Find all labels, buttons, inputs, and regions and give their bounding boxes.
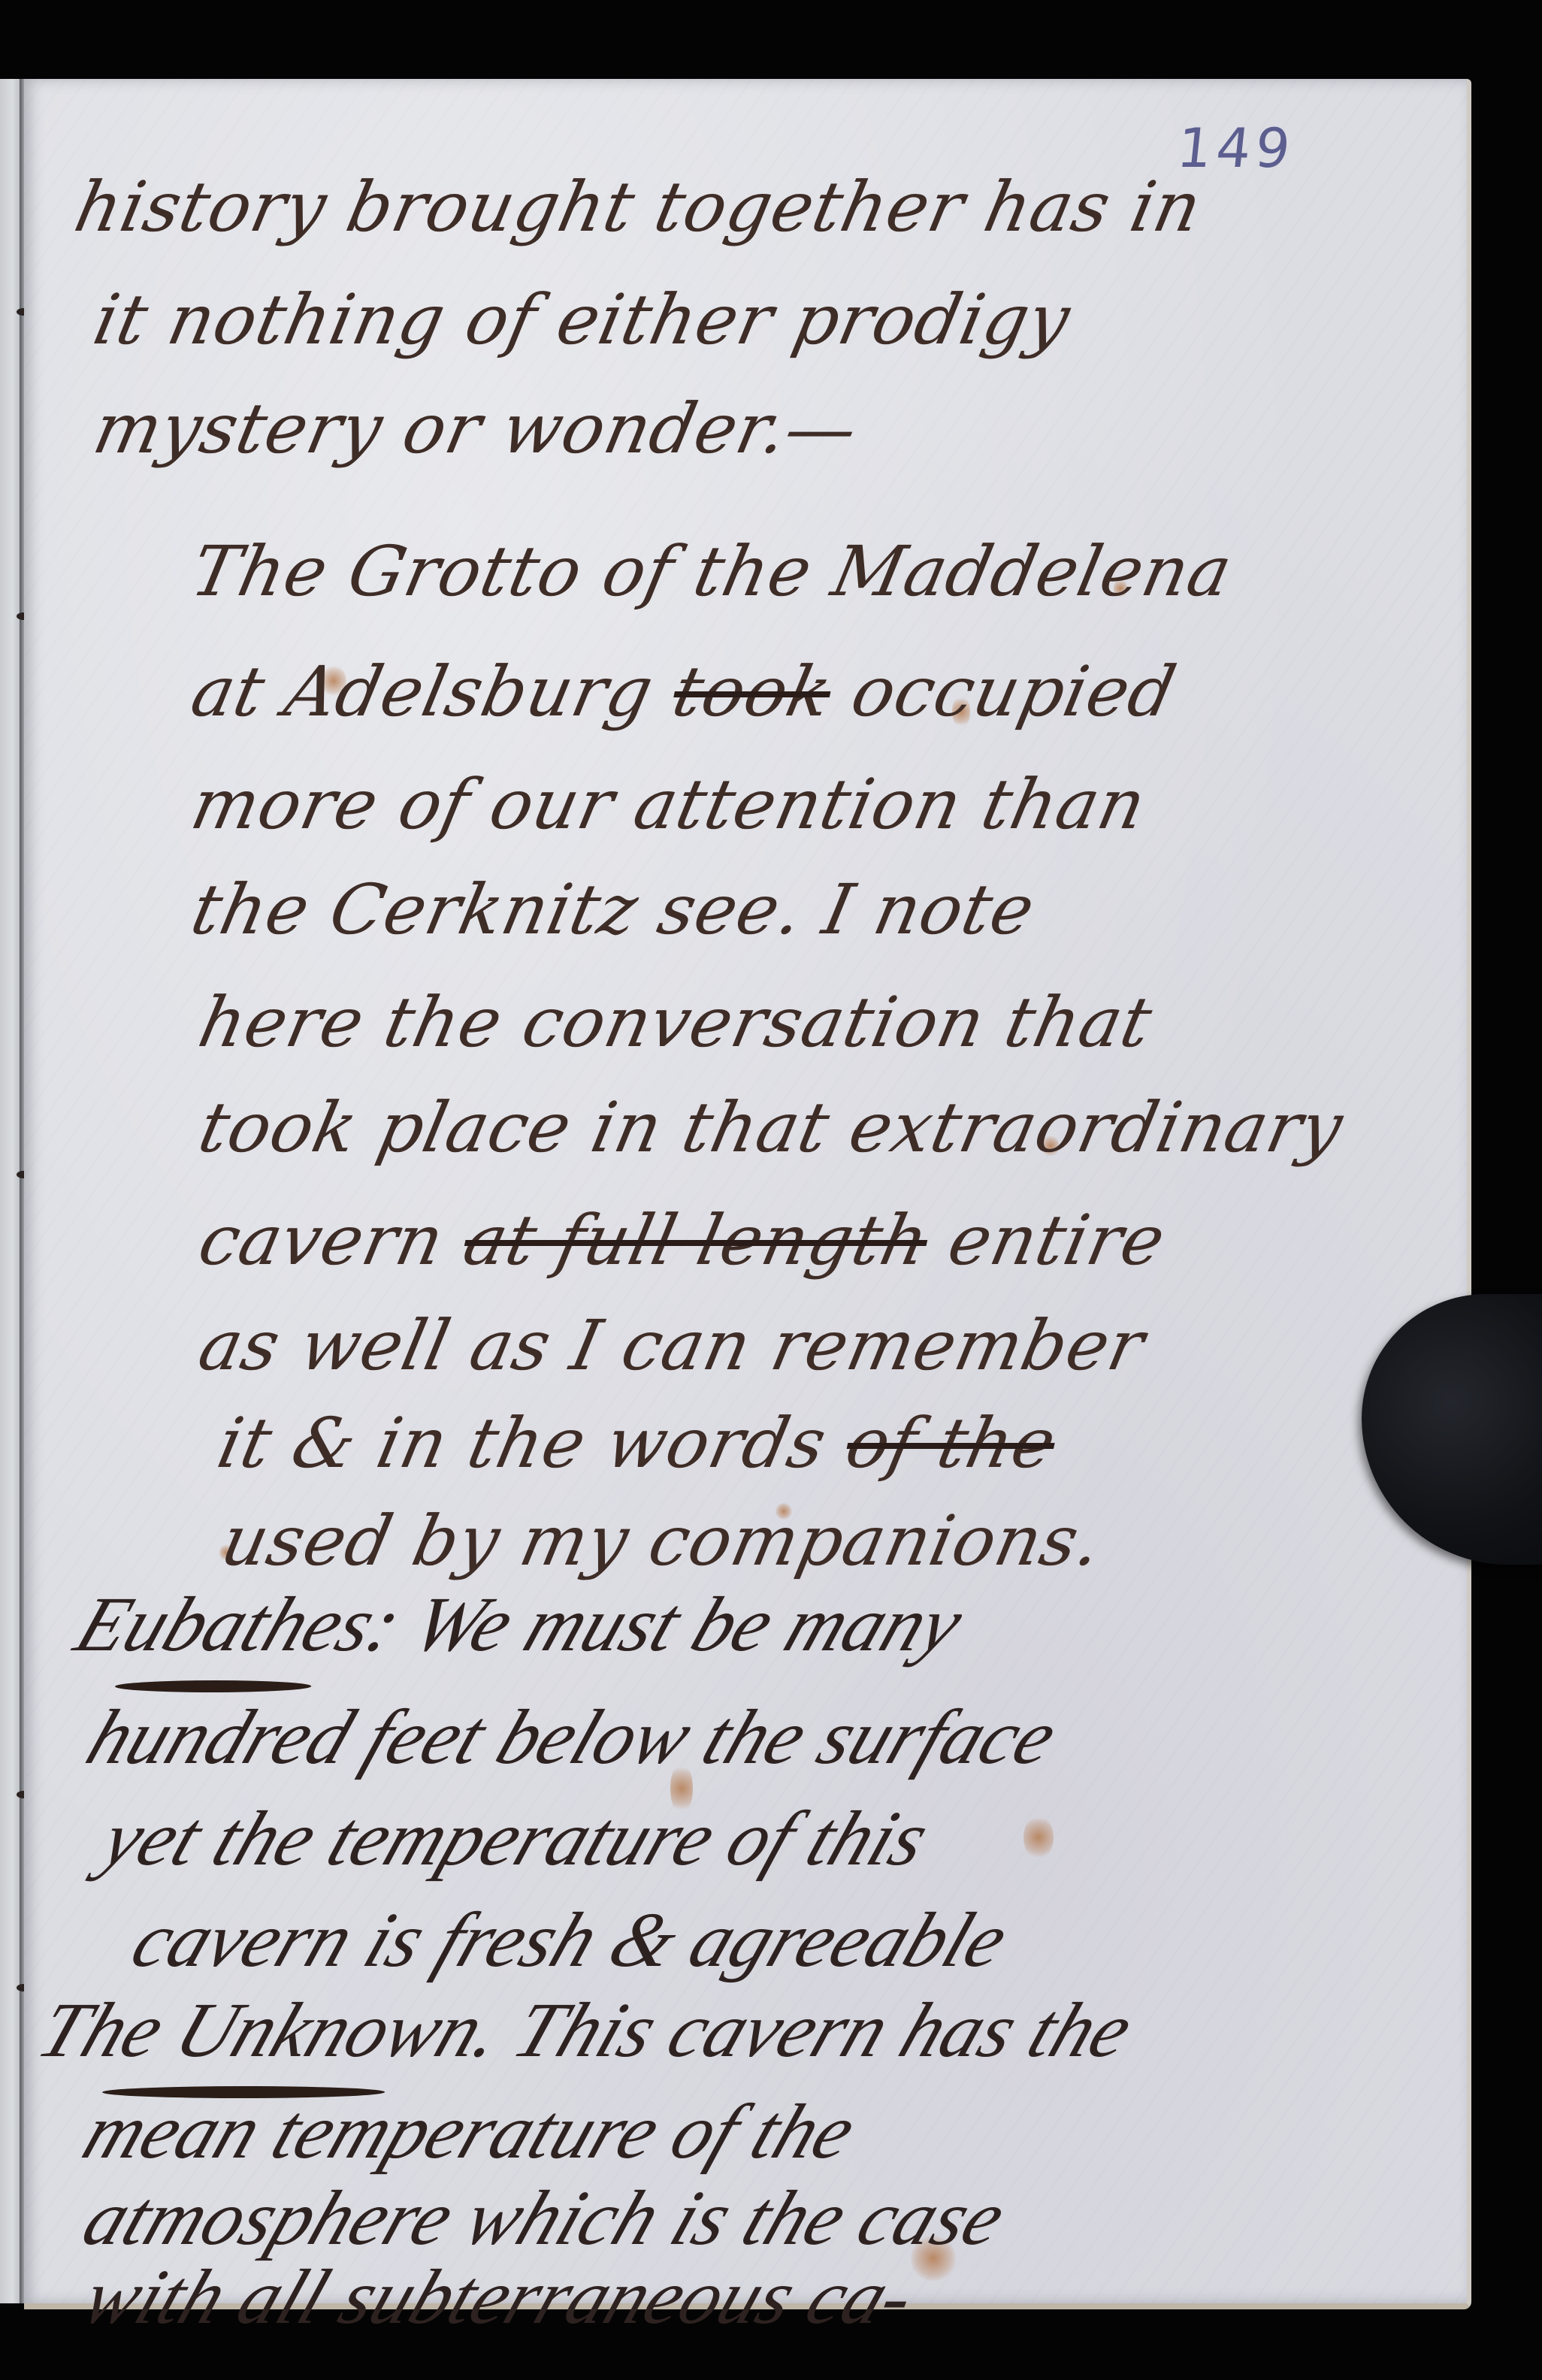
text-line: history brought together has in — [69, 173, 1208, 242]
text-line: The Grotto of the Maddelena — [186, 537, 1238, 606]
text-line: the Cerknitz see. I note — [186, 875, 1041, 945]
text-line: took place in that extraordinary — [193, 1093, 1349, 1163]
text-line: more of our attention than — [186, 770, 1151, 839]
struck-phrase: at full length — [457, 1200, 936, 1281]
text-line: here the conversation that — [193, 988, 1158, 1057]
speaker-label-the-unknown: The Unknown. — [29, 1991, 512, 2070]
dialogue-line: The Unknown. This cavern has the — [29, 1991, 1142, 2070]
text-line: it & in the words of the — [212, 1409, 1062, 1478]
dialogue-line: Eubathes: We must be many — [66, 1586, 973, 1664]
speaker-label-eubathes: Eubathes: — [66, 1586, 412, 1664]
manuscript-page: 149 history brought together has in it n… — [24, 79, 1471, 2309]
text-line: hundred feet below the surface — [77, 1698, 1066, 1777]
text-line: as well as I can remember — [193, 1311, 1150, 1381]
text-line: mystery or wonder.— — [88, 395, 863, 464]
text-line: cavern at full length entire — [193, 1206, 1171, 1275]
text-line: yet the temperature of this — [92, 1800, 939, 1878]
text-line: used by my companions. — [216, 1507, 1108, 1576]
manuscript-text: history brought together has in it nothi… — [24, 79, 1467, 2303]
text-line: atmosphere which is the case — [74, 2179, 1015, 2258]
struck-word: of the — [839, 1403, 1063, 1483]
text-line: it nothing of either prodigy — [88, 286, 1076, 355]
text-line: at Adelsburg took occupied — [186, 658, 1181, 727]
struck-word: took — [666, 652, 839, 732]
text-line: mean temperature of the — [74, 2093, 866, 2171]
facing-page-edge — [0, 79, 21, 2303]
text-line: cavern is fresh & agreeable — [122, 1901, 1017, 1979]
text-line: with all subterraneous ca- — [74, 2258, 925, 2336]
